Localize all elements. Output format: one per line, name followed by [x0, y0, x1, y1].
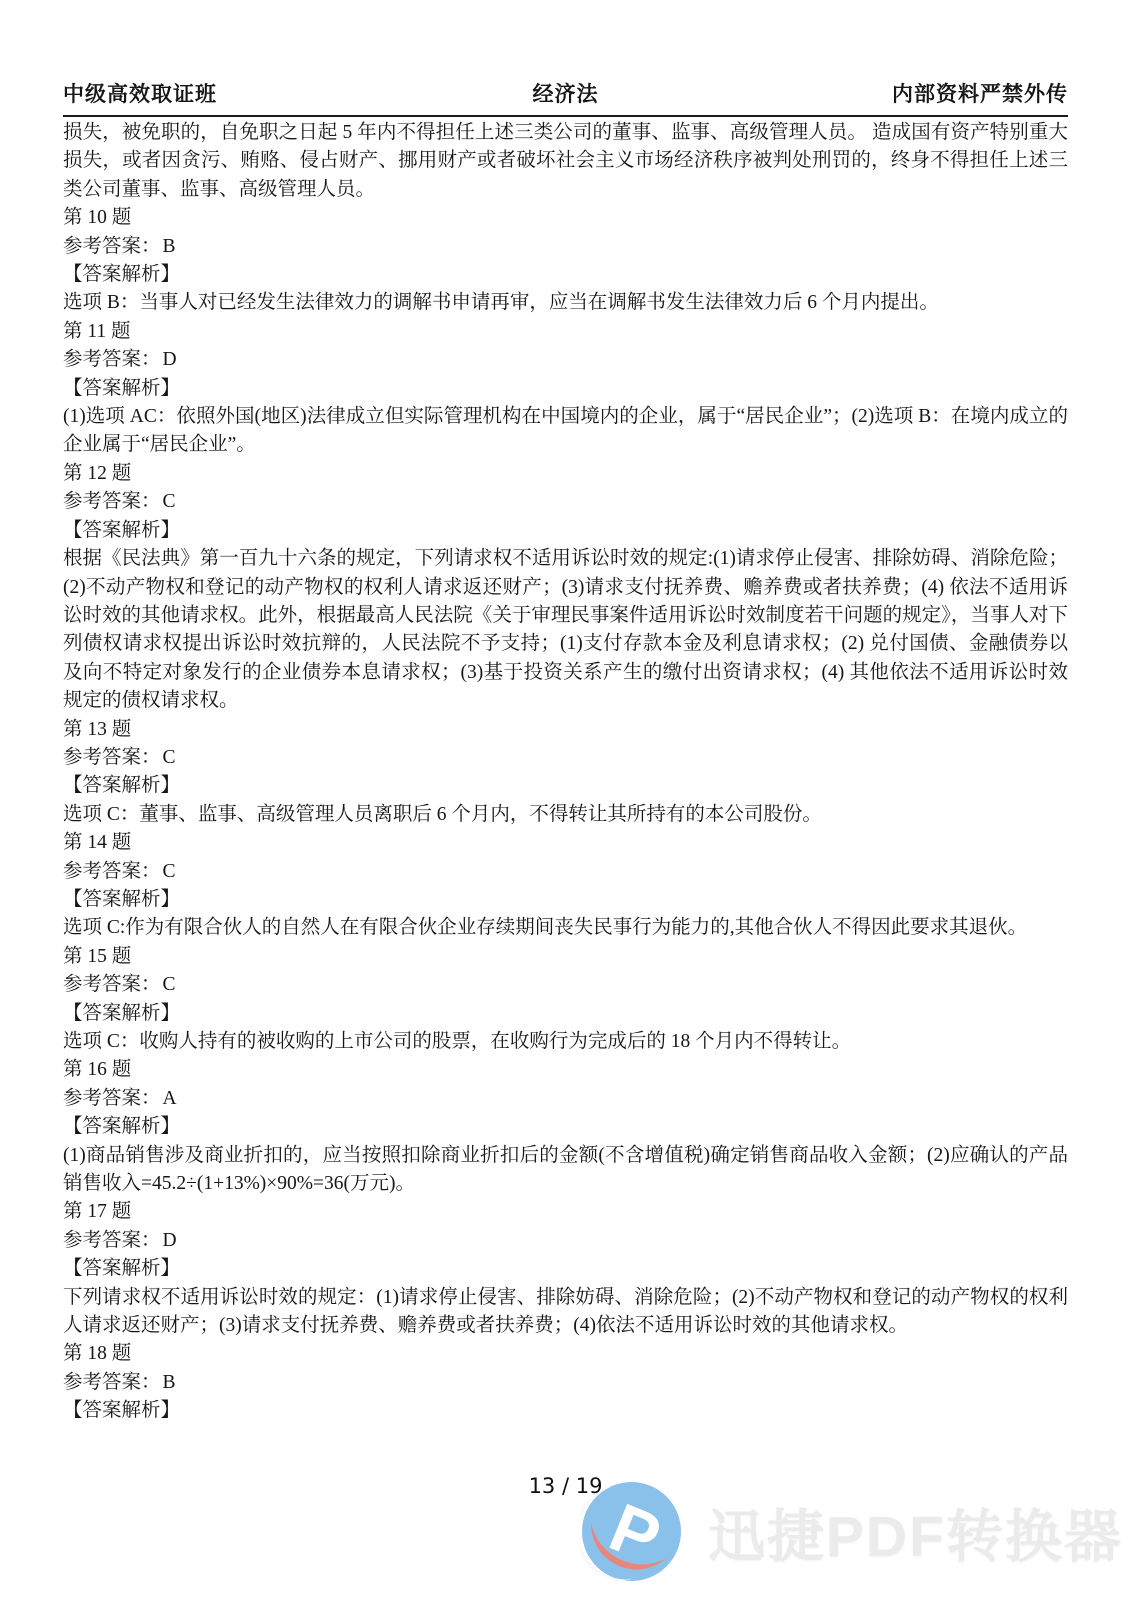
analysis-header: 【答案解析】 [63, 886, 1068, 914]
analysis-header: 【答案解析】 [63, 772, 1068, 800]
document-body: 损失，被免职的，自免职之日起 5 年内不得担任上述三类公司的董事、监事、高级管理… [63, 119, 1068, 1426]
analysis-header: 【答案解析】 [63, 1255, 1068, 1283]
answer-label: 参考答案： [63, 236, 161, 257]
header-subject-title: 经济法 [533, 78, 599, 108]
question-answer: 参考答案：B [63, 1369, 1068, 1397]
page-header: 中级高效取证班 经济法 内部资料严禁外传 [63, 78, 1068, 117]
question-title: 第 18 题 [63, 1340, 1068, 1368]
answer-value: C [161, 491, 176, 512]
analysis-text: (1)商品销售涉及商业折扣的，应当按照扣除商业折扣后的金额(不含增值税)确定销售… [63, 1142, 1068, 1199]
question-block-14: 第 14 题 参考答案：C 【答案解析】 选项 C:作为有限合伙人的自然人在有限… [63, 829, 1068, 943]
question-answer: 参考答案：B [63, 233, 1068, 261]
question-answer: 参考答案：A [63, 1085, 1068, 1113]
question-block-13: 第 13 题 参考答案：C 【答案解析】 选项 C：董事、监事、高级管理人员离职… [63, 716, 1068, 830]
answer-label: 参考答案： [63, 1230, 161, 1251]
analysis-text: 选项 C：收购人持有的被收购的上市公司的股票，在收购行为完成后的 18 个月内不… [63, 1028, 1068, 1056]
answer-label: 参考答案： [63, 1372, 161, 1393]
answer-label: 参考答案： [63, 747, 161, 768]
question-answer: 参考答案：C [63, 744, 1068, 772]
question-answer: 参考答案：C [63, 971, 1068, 999]
question-title: 第 17 题 [63, 1198, 1068, 1226]
analysis-header: 【答案解析】 [63, 1113, 1068, 1141]
question-block-17: 第 17 题 参考答案：D 【答案解析】 下列请求权不适用诉讼时效的规定：(1)… [63, 1198, 1068, 1340]
analysis-header: 【答案解析】 [63, 261, 1068, 289]
analysis-header: 【答案解析】 [63, 1000, 1068, 1028]
page-number: 13 / 19 [0, 1474, 1131, 1498]
question-title: 第 11 题 [63, 318, 1068, 346]
answer-value: C [161, 861, 176, 882]
answer-label: 参考答案： [63, 491, 161, 512]
answer-label: 参考答案： [63, 861, 161, 882]
analysis-text: (1)选项 AC：依照外国(地区)法律成立但实际管理机构在中国境内的企业，属于“… [63, 403, 1068, 460]
question-title: 第 13 题 [63, 716, 1068, 744]
question-answer: 参考答案：D [63, 1227, 1068, 1255]
header-confidential-notice: 内部资料严禁外传 [892, 78, 1068, 108]
answer-label: 参考答案： [63, 1088, 161, 1109]
answer-label: 参考答案： [63, 974, 161, 995]
question-block-11: 第 11 题 参考答案：D 【答案解析】 (1)选项 AC：依照外国(地区)法律… [63, 318, 1068, 460]
answer-value: B [161, 236, 176, 257]
question-block-15: 第 15 题 参考答案：C 【答案解析】 选项 C：收购人持有的被收购的上市公司… [63, 943, 1068, 1057]
question-block-10: 第 10 题 参考答案：B 【答案解析】 选项 B：当事人对已经发生法律效力的调… [63, 204, 1068, 318]
header-course-name: 中级高效取证班 [63, 78, 217, 108]
question-block-18: 第 18 题 参考答案：B 【答案解析】 [63, 1340, 1068, 1425]
answer-value: B [161, 1372, 176, 1393]
analysis-text: 根据《民法典》第一百九十六条的规定，下列请求权不适用诉讼时效的规定:(1)请求停… [63, 545, 1068, 715]
question-answer: 参考答案：C [63, 488, 1068, 516]
answer-value: C [161, 974, 176, 995]
answer-value: D [161, 1230, 177, 1251]
question-title: 第 12 题 [63, 460, 1068, 488]
answer-value: C [161, 747, 176, 768]
watermark-text: 迅捷PDF转换器 [708, 1491, 1123, 1573]
analysis-header: 【答案解析】 [63, 517, 1068, 545]
answer-value: A [161, 1088, 177, 1109]
question-answer: 参考答案：D [63, 346, 1068, 374]
question-block-16: 第 16 题 参考答案：A 【答案解析】 (1)商品销售涉及商业折扣的，应当按照… [63, 1056, 1068, 1198]
answer-value: D [161, 349, 177, 370]
question-answer: 参考答案：C [63, 858, 1068, 886]
analysis-header: 【答案解析】 [63, 1397, 1068, 1425]
question-title: 第 10 题 [63, 204, 1068, 232]
question-title: 第 15 题 [63, 943, 1068, 971]
analysis-text: 下列请求权不适用诉讼时效的规定：(1)请求停止侵害、排除妨碍、消除危险；(2)不… [63, 1284, 1068, 1341]
analysis-text: 选项 C:作为有限合伙人的自然人在有限合伙企业存续期间丧失民事行为能力的,其他合… [63, 914, 1068, 942]
question-title: 第 16 题 [63, 1056, 1068, 1084]
analysis-header: 【答案解析】 [63, 375, 1068, 403]
answer-label: 参考答案： [63, 349, 161, 370]
analysis-text: 选项 B：当事人对已经发生法律效力的调解书申请再审，应当在调解书发生法律效力后 … [63, 289, 1068, 317]
question-title: 第 14 题 [63, 829, 1068, 857]
intro-paragraph: 损失，被免职的，自免职之日起 5 年内不得担任上述三类公司的董事、监事、高级管理… [63, 119, 1068, 204]
analysis-text: 选项 C：董事、监事、高级管理人员离职后 6 个月内，不得转让其所持有的本公司股… [63, 801, 1068, 829]
question-block-12: 第 12 题 参考答案：C 【答案解析】 根据《民法典》第一百九十六条的规定，下… [63, 460, 1068, 716]
